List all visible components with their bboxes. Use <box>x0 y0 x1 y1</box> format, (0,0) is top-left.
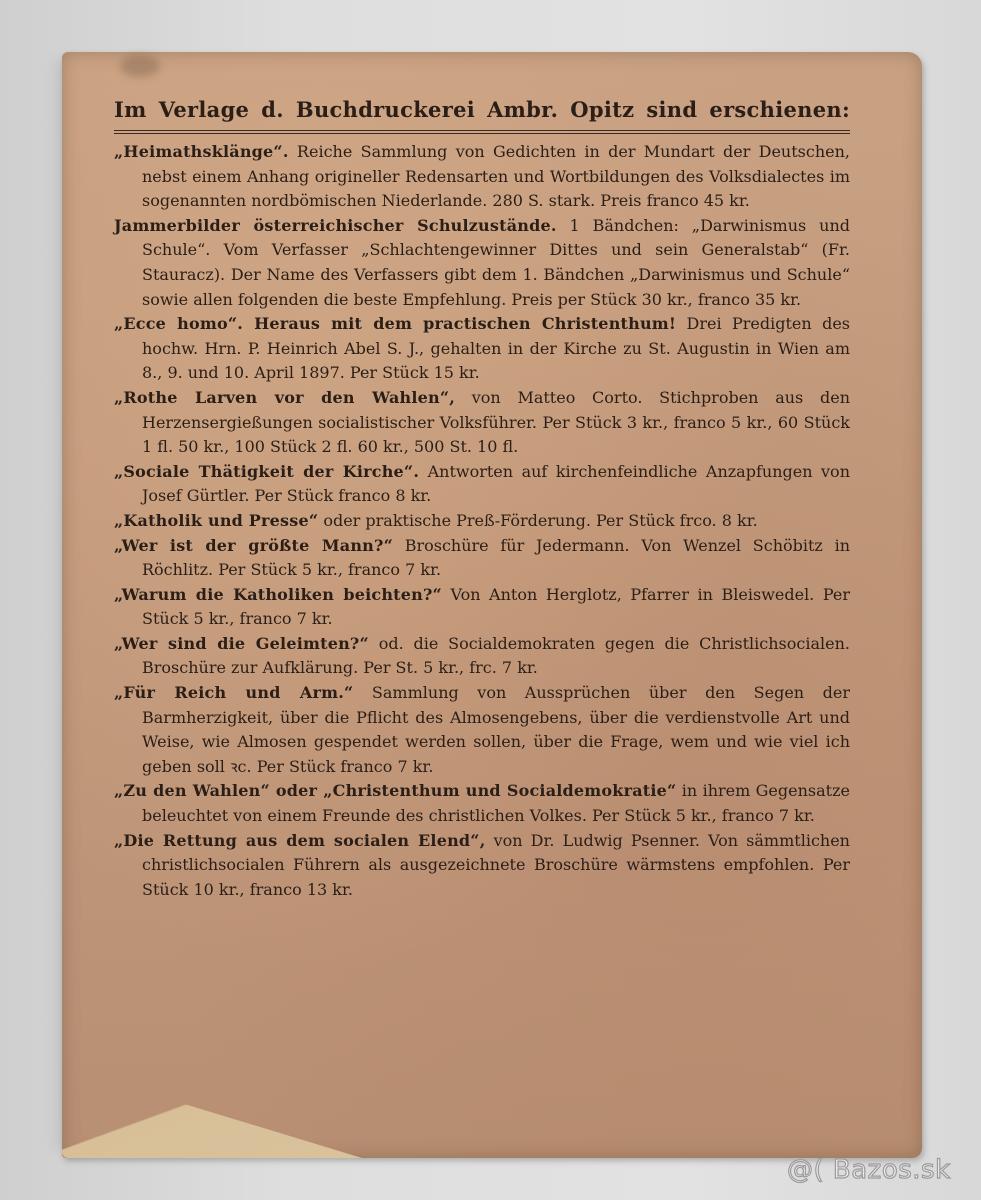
entry-title: „Zu den Wahlen“ oder „Christenthum und S… <box>114 781 676 800</box>
catalog-entry: Jammerbilder österreichischer Schulzustä… <box>114 214 850 312</box>
catalog-entry: „Warum die Katholiken beichten?“ Von Ant… <box>114 583 850 632</box>
catalog-entry: „Wer ist der größte Mann?“ Broschüre für… <box>114 534 850 583</box>
catalog-entry: „Ecce homo“. Heraus mit dem practischen … <box>114 312 850 386</box>
entry-title: Jammerbilder österreichischer Schulzustä… <box>114 216 557 235</box>
watermark: @( Bazos.sk <box>787 1155 951 1185</box>
catalog-entry: „Sociale Thätigkeit der Kirche“. Antwort… <box>114 460 850 509</box>
catalog-entry: „Rothe Larven vor den Wahlen“, von Matte… <box>114 386 850 460</box>
page-content: Im Verlage d. Buchdruckerei Ambr. Opitz … <box>114 92 850 902</box>
entry-title: „Sociale Thätigkeit der Kirche“. <box>114 462 419 481</box>
paper-stain <box>120 55 160 77</box>
header-double-rule <box>114 130 850 134</box>
entry-title: „Für Reich und Arm.“ <box>114 683 353 702</box>
catalog-entry: „Heimathsklänge“. Reiche Sammlung von Ge… <box>114 140 850 214</box>
entry-title: „Die Rettung aus dem socialen Elend“, <box>114 831 485 850</box>
catalog-entry: „Katholik und Presse“ oder praktische Pr… <box>114 509 850 534</box>
catalog-entry: „Zu den Wahlen“ oder „Christenthum und S… <box>114 779 850 828</box>
entry-title: „Wer sind die Geleimten?“ <box>114 634 369 653</box>
entry-title: „Heimathsklänge“. <box>114 142 289 161</box>
entry-title: „Ecce homo“. Heraus mit dem practischen … <box>114 314 676 333</box>
entry-description: oder praktische Preß-Förderung. Per Stüc… <box>318 511 757 530</box>
entry-title: „Katholik und Presse“ <box>114 511 318 530</box>
entry-title: „Wer ist der größte Mann?“ <box>114 536 393 555</box>
publisher-header: Im Verlage d. Buchdruckerei Ambr. Opitz … <box>114 92 850 128</box>
catalog-entry: „Wer sind die Geleimten?“ od. die Social… <box>114 632 850 681</box>
catalog-entry: „Die Rettung aus dem socialen Elend“, vo… <box>114 829 850 903</box>
entry-title: „Rothe Larven vor den Wahlen“, <box>114 388 455 407</box>
catalog-entries: „Heimathsklänge“. Reiche Sammlung von Ge… <box>114 140 850 902</box>
entry-title: „Warum die Katholiken beichten?“ <box>114 585 442 604</box>
catalog-entry: „Für Reich und Arm.“ Sammlung von Ausspr… <box>114 681 850 779</box>
